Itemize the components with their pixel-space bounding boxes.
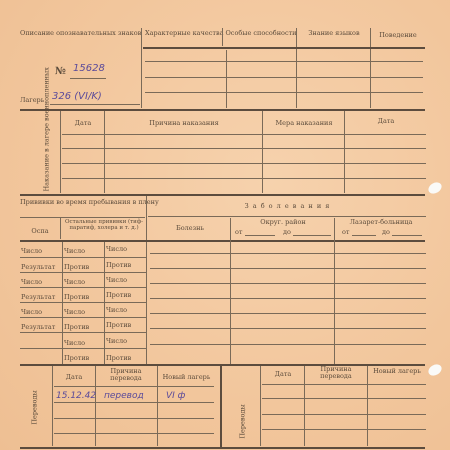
col-languages: Знание языков [298, 30, 370, 37]
vacc-r3-c1: Против [64, 294, 89, 301]
punish-col-date2: Дата [346, 118, 426, 125]
line [145, 92, 423, 93]
col-smallpox: Оспа [20, 228, 60, 235]
divider [370, 28, 371, 108]
vacc-r1-c0: Результат [21, 264, 55, 271]
divider [52, 366, 53, 446]
col-other-vaccinations: Остальные прививки (тиф-паратиф, холера … [62, 219, 146, 231]
divider [141, 28, 142, 108]
district-to-label: до [283, 229, 291, 236]
line [150, 313, 426, 314]
vacc-r5-c2: Против [106, 322, 131, 329]
divider [60, 217, 61, 239]
vacc-r2-c1: Число [64, 279, 85, 286]
divider [20, 240, 425, 242]
divider [262, 111, 263, 193]
punch-hole [426, 180, 443, 196]
divider [367, 366, 368, 446]
divider [334, 218, 335, 364]
line [20, 348, 146, 349]
col-hospital: Лазарет-больница [336, 219, 426, 226]
divider [157, 366, 158, 446]
divider [148, 216, 426, 217]
col-disease: Болезнь [150, 225, 230, 232]
camp-label: Лагерь [20, 97, 44, 104]
transfer-date: 15.12.42 [56, 391, 96, 401]
line [20, 272, 146, 273]
vacc-r1-c1: Против [64, 264, 89, 271]
divider [146, 196, 147, 364]
line [62, 148, 426, 149]
district-to-field[interactable] [293, 235, 331, 236]
punish-col-measure: Мера наказания [264, 120, 344, 127]
line [62, 134, 426, 135]
divider [304, 366, 305, 446]
divider [104, 111, 105, 193]
divider [262, 384, 426, 385]
district-from-label: от [235, 229, 243, 236]
transfer-left-col-reason: Причина перевода [97, 368, 155, 382]
vacc-r5-c0: Результат [21, 324, 55, 331]
vacc-r3-c0: Результат [21, 294, 55, 301]
vacc-r7-c1: Против [64, 355, 89, 362]
hospital-from-field[interactable] [352, 235, 376, 236]
punish-col-date: Дата [62, 120, 104, 127]
divider [20, 447, 425, 449]
line [20, 332, 146, 333]
vacc-r4-c1: Число [64, 309, 85, 316]
divider [296, 28, 297, 108]
line [54, 418, 214, 419]
prisoner-number: 15628 [73, 63, 105, 74]
line [62, 178, 426, 179]
district-from-field[interactable] [245, 235, 275, 236]
line [20, 287, 146, 288]
divider [226, 50, 227, 108]
vaccinations-header: Прививки во время пребывания в плену [20, 199, 145, 206]
camp-underline [50, 104, 140, 105]
vacc-r4-c2: Число [106, 307, 127, 314]
line [20, 317, 146, 318]
diseases-header: З а б о л е в а н и я [150, 203, 425, 210]
divider [95, 366, 96, 446]
line [150, 298, 426, 299]
line [54, 433, 214, 434]
vacc-r6-c2: Число [106, 338, 127, 345]
hospital-to-label: до [382, 229, 390, 236]
line [20, 302, 146, 303]
divider [260, 366, 261, 446]
line [150, 344, 426, 345]
divider [20, 217, 145, 218]
vacc-r0-c1: Число [64, 248, 85, 255]
vacc-r1-c2: Против [106, 262, 131, 269]
divider [20, 109, 425, 111]
divider [54, 386, 214, 387]
line [262, 398, 426, 399]
transfer-right-col-reason: Причина перевода [306, 366, 366, 380]
punishment-side-label: Наказание в лагере военнопленных [44, 102, 51, 192]
line [262, 429, 426, 430]
col-behavior: Поведение [373, 32, 423, 39]
line [150, 328, 426, 329]
line [62, 163, 426, 164]
camp-value: 326 (VI/K) [52, 91, 102, 102]
transfer-reason: перевод [104, 391, 144, 401]
divider [104, 242, 105, 364]
vacc-r2-c2: Число [106, 277, 127, 284]
hospital-from-label: от [342, 229, 350, 236]
vacc-r3-c2: Против [106, 292, 131, 299]
number-underline [70, 78, 106, 79]
transfers-left-side-label: Переводы [32, 378, 39, 438]
number-label: № [55, 66, 66, 77]
col-abilities: Особые способности [225, 30, 297, 37]
divider [344, 111, 345, 193]
transfer-right-col-date: Дата [262, 371, 304, 378]
transfer-left-col-date: Дата [54, 374, 94, 381]
line [20, 257, 146, 258]
divider [222, 28, 223, 46]
transfers-right-side-label: Переводы [240, 392, 247, 450]
line [150, 253, 426, 254]
transfer-right-col-camp: Новый лагерь [369, 368, 425, 375]
vacc-r7-c2: Против [106, 355, 131, 362]
divider [220, 366, 222, 448]
divider [230, 218, 231, 364]
divider [143, 47, 425, 49]
transfer-left-col-camp: Новый лагерь [159, 374, 214, 381]
transfer-new-camp: VI ф [166, 391, 185, 401]
vacc-r4-c0: Число [21, 309, 42, 316]
vacc-r5-c1: Против [64, 324, 89, 331]
col-district: Округ. район [232, 219, 334, 226]
line [262, 414, 426, 415]
hospital-to-field[interactable] [392, 235, 422, 236]
line [145, 77, 423, 78]
line [145, 61, 423, 62]
vacc-r6-c1: Число [64, 340, 85, 347]
vacc-r0-c0: Число [21, 248, 42, 255]
line [54, 402, 214, 403]
punish-col-reason: Причина наказания [106, 120, 262, 127]
divider [20, 194, 425, 196]
description-header: Описание опознавательных знаков [20, 30, 140, 37]
punch-hole [426, 362, 443, 378]
line [150, 283, 426, 284]
vacc-r0-c2: Число [106, 246, 127, 253]
line [150, 268, 426, 269]
divider [62, 242, 63, 364]
col-characteristics: Характерные качества [145, 30, 223, 37]
vacc-r2-c0: Число [21, 279, 42, 286]
divider [60, 111, 61, 193]
document-card: Описание опознавательных знаков № 15628 … [0, 0, 450, 450]
